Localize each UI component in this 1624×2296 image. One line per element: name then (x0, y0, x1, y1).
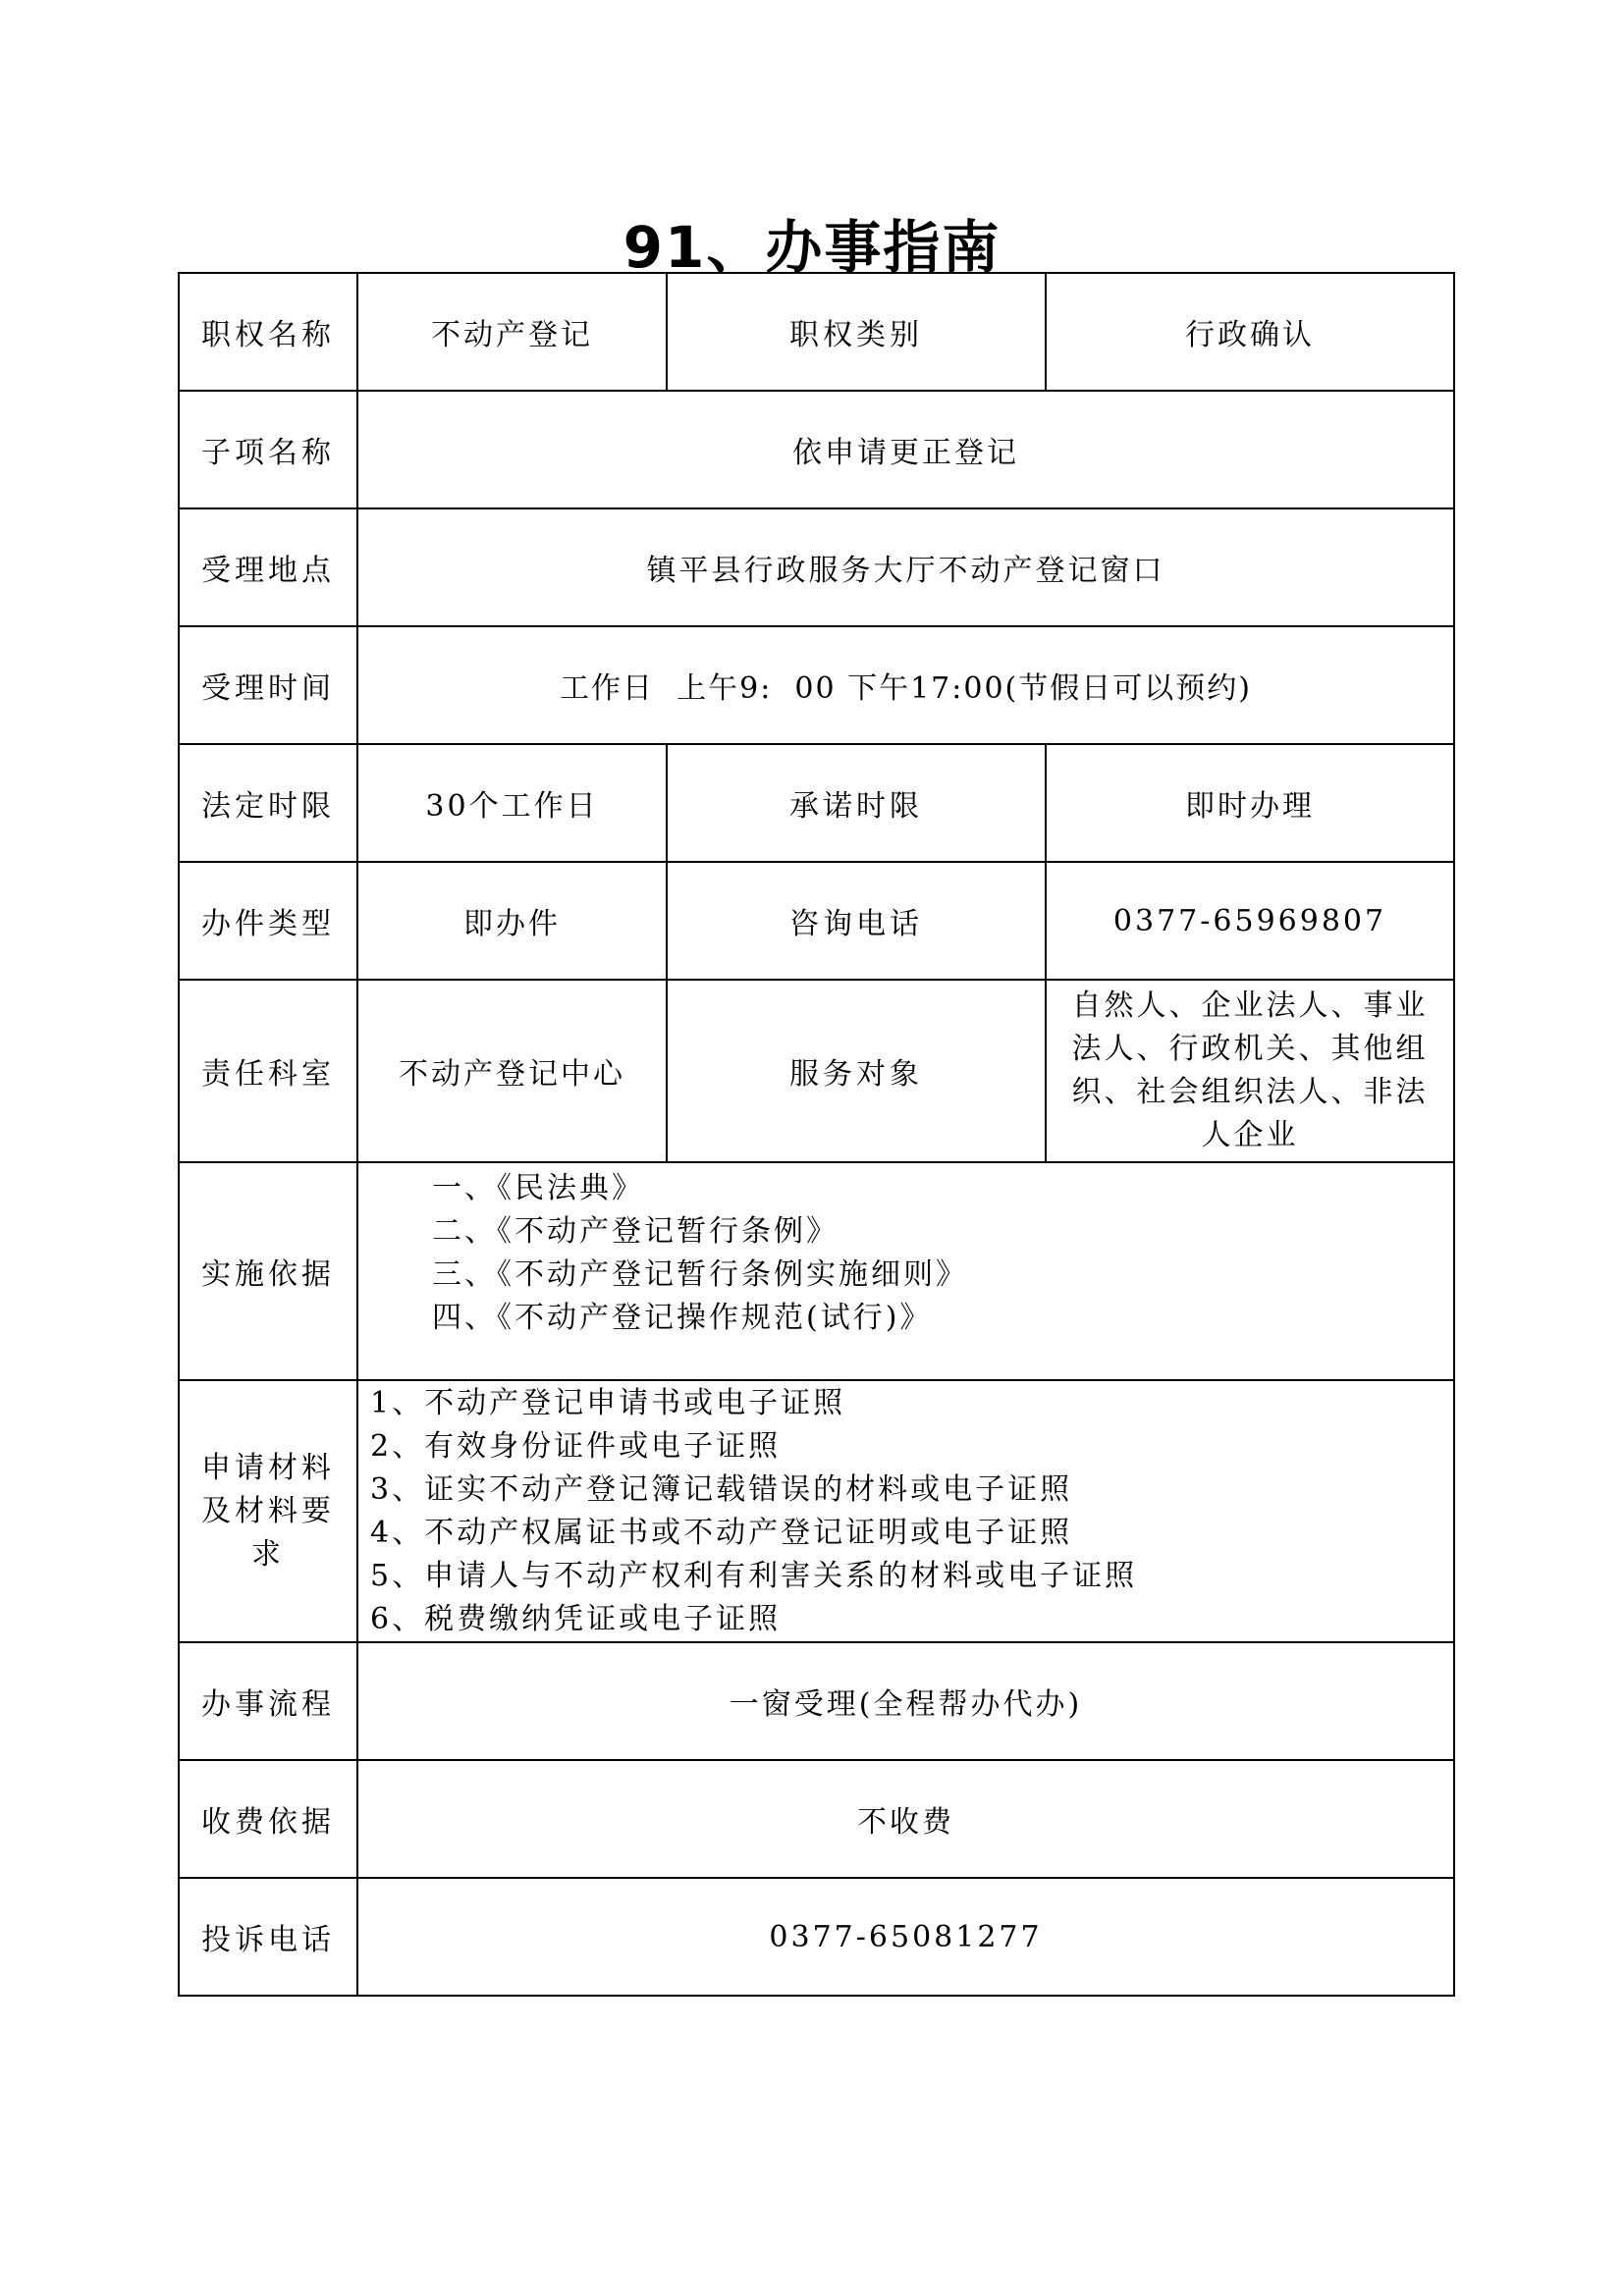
label-authority-name: 职权名称 (179, 273, 357, 391)
basis-item: 二、《不动产登记暂行条例》 (432, 1210, 1447, 1254)
row-case-type: 办件类型 即办件 咨询电话 0377-65969807 (179, 862, 1454, 980)
basis-item: 四、《不动产登记操作规范(试行)》 (432, 1297, 1447, 1340)
value-legal-limit: 30个工作日 (357, 744, 667, 862)
material-item: 4、不动产权属证书或不动产登记证明或电子证照 (370, 1512, 1447, 1555)
label-hours: 受理时间 (179, 626, 357, 744)
label-location: 受理地点 (179, 508, 357, 626)
material-item: 5、申请人与不动产权利有利害关系的材料或电子证照 (370, 1555, 1447, 1598)
value-service-target: 自然人、企业法人、事业法人、行政机关、其他组织、社会组织法人、非法人企业 (1046, 980, 1454, 1162)
row-legal-limit: 法定时限 30个工作日 承诺时限 即时办理 (179, 744, 1454, 862)
material-item: 1、不动产登记申请书或电子证照 (370, 1382, 1447, 1425)
label-service-target: 服务对象 (667, 980, 1046, 1162)
row-basis: 实施依据 一、《民法典》 二、《不动产登记暂行条例》 三、《不动产登记暂行条例实… (179, 1162, 1454, 1380)
label-fee-basis: 收费依据 (179, 1760, 357, 1878)
label-legal-limit: 法定时限 (179, 744, 357, 862)
service-guide-table: 职权名称 不动产登记 职权类别 行政确认 子项名称 依申请更正登记 受理地点 镇… (178, 272, 1455, 1997)
label-inquiry-phone: 咨询电话 (667, 862, 1046, 980)
material-item: 2、有效身份证件或电子证照 (370, 1425, 1447, 1468)
label-process: 办事流程 (179, 1642, 357, 1760)
value-promised-limit: 即时办理 (1046, 744, 1454, 862)
label-department: 责任科室 (179, 980, 357, 1162)
basis-item: 一、《民法典》 (432, 1167, 1447, 1210)
value-authority-category: 行政确认 (1046, 273, 1454, 391)
value-authority-name: 不动产登记 (357, 273, 667, 391)
row-complaint-phone: 投诉电话 0377-65081277 (179, 1878, 1454, 1996)
label-promised-limit: 承诺时限 (667, 744, 1046, 862)
label-materials: 申请材料及材料要求 (179, 1380, 357, 1642)
label-authority-category: 职权类别 (667, 273, 1046, 391)
row-hours: 受理时间 工作日 上午9: 00 下午17:00(节假日可以预约) (179, 626, 1454, 744)
material-item: 6、税费缴纳凭证或电子证照 (370, 1598, 1447, 1641)
value-department: 不动产登记中心 (357, 980, 667, 1162)
label-sub-item: 子项名称 (179, 391, 357, 508)
row-department: 责任科室 不动产登记中心 服务对象 自然人、企业法人、事业法人、行政机关、其他组… (179, 980, 1454, 1162)
value-sub-item: 依申请更正登记 (357, 391, 1454, 508)
value-inquiry-phone: 0377-65969807 (1046, 862, 1454, 980)
label-case-type: 办件类型 (179, 862, 357, 980)
row-location: 受理地点 镇平县行政服务大厅不动产登记窗口 (179, 508, 1454, 626)
row-fee-basis: 收费依据 不收费 (179, 1760, 1454, 1878)
value-location: 镇平县行政服务大厅不动产登记窗口 (357, 508, 1454, 626)
row-authority-name: 职权名称 不动产登记 职权类别 行政确认 (179, 273, 1454, 391)
value-basis: 一、《民法典》 二、《不动产登记暂行条例》 三、《不动产登记暂行条例实施细则》 … (357, 1162, 1454, 1380)
label-complaint-phone: 投诉电话 (179, 1878, 357, 1996)
value-hours: 工作日 上午9: 00 下午17:00(节假日可以预约) (357, 626, 1454, 744)
value-process: 一窗受理(全程帮办代办) (357, 1642, 1454, 1760)
row-sub-item: 子项名称 依申请更正登记 (179, 391, 1454, 508)
row-process: 办事流程 一窗受理(全程帮办代办) (179, 1642, 1454, 1760)
material-item: 3、证实不动产登记簿记载错误的材料或电子证照 (370, 1468, 1447, 1512)
value-fee-basis: 不收费 (357, 1760, 1454, 1878)
basis-item: 三、《不动产登记暂行条例实施细则》 (432, 1254, 1447, 1297)
value-case-type: 即办件 (357, 862, 667, 980)
value-materials: 1、不动产登记申请书或电子证照 2、有效身份证件或电子证照 3、证实不动产登记簿… (357, 1380, 1454, 1642)
label-basis: 实施依据 (179, 1162, 357, 1380)
value-complaint-phone: 0377-65081277 (357, 1878, 1454, 1996)
row-materials: 申请材料及材料要求 1、不动产登记申请书或电子证照 2、有效身份证件或电子证照 … (179, 1380, 1454, 1642)
